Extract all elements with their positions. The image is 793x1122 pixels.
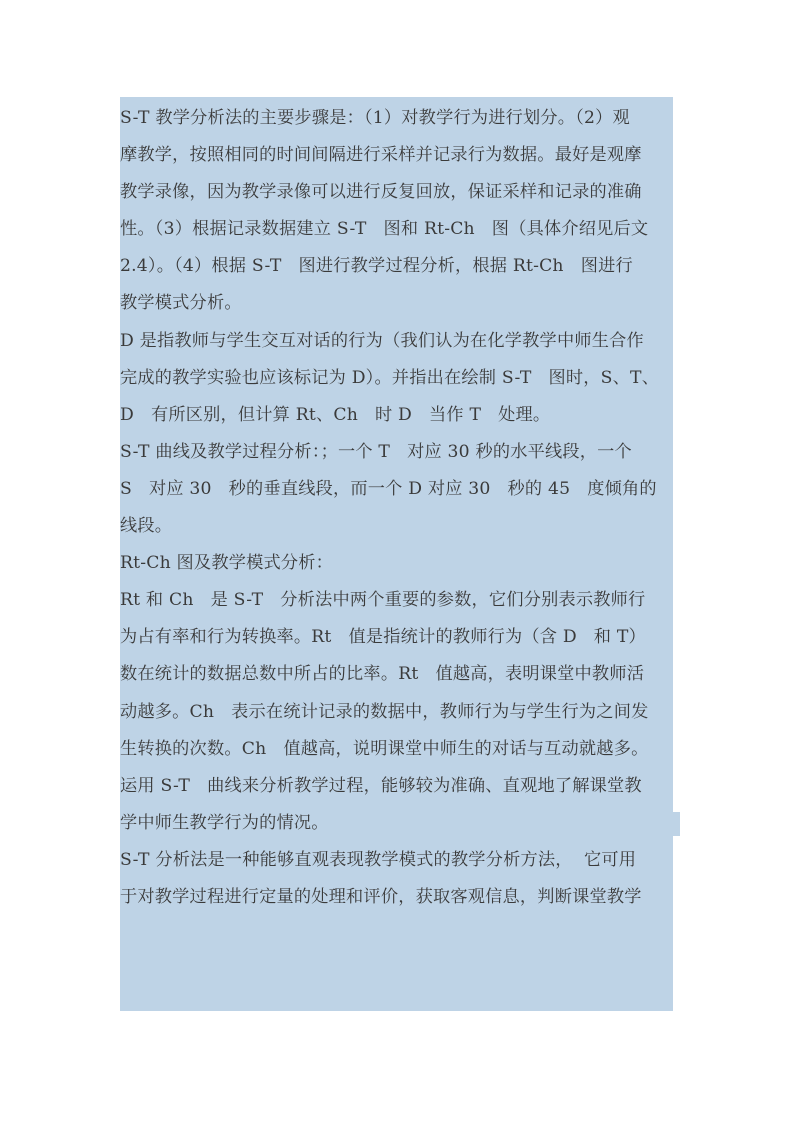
paragraph-d-definition-line-2: 完成的教学实验也应该标记为 D）。并指出在绘制 S-T 图时，S、T、 (120, 360, 680, 397)
paragraph-d-definition-line-3: D 有所区别，但计算 Rt、Ch 时 D 当作 T 处理。 (120, 397, 680, 434)
paragraph-method-line-1: S-T 分析法是一种能够直观表现教学模式的教学分析方法， 它可用 (120, 842, 680, 879)
paragraph-steps-line-5: 2.4）。（4）根据 S-T 图进行教学过程分析，根据 Rt-Ch 图进行 (120, 248, 680, 285)
paragraph-d-definition-line-1: D 是指教师与学生交互对话的行为（我们认为在化学教学中师生合作 (120, 323, 680, 360)
paragraph-st-curve-line-3: 线段。 (120, 508, 680, 545)
paragraph-steps-line-1: S-T 教学分析法的主要步骤是：（1）对教学行为进行划分。（2）观 (120, 100, 680, 137)
paragraph-rt-ch-line-3: 数在统计的数据总数中所占的比率。Rt 值越高，表明课堂中教师活 (120, 656, 680, 693)
paragraph-rt-ch-line-5: 生转换的次数。Ch 值越高，说明课堂中师生的对话与互动就越多。 (120, 731, 680, 768)
heading-rt-ch-analysis: Rt-Ch 图及教学模式分析： (120, 545, 680, 582)
paragraph-steps-line-4: 性。（3）根据记录数据建立 S-T 图和 Rt-Ch 图（具体介绍见后文 (120, 211, 680, 248)
paragraph-method-line-2: 于对教学过程进行定量的处理和评价，获取客观信息，判断课堂教学 (120, 879, 680, 916)
paragraph-steps-line-3: 教学录像，因为教学录像可以进行反复回放，保证采样和记录的准确 (120, 174, 680, 211)
paragraph-steps-line-2: 摩教学，按照相同的时间间隔进行采样并记录行为数据。最好是观摩 (120, 137, 680, 174)
paragraph-rt-ch-line-1: Rt 和 Ch 是 S-T 分析法中两个重要的参数，它们分别表示教师行 (120, 582, 680, 619)
paragraph-rt-ch-line-4: 动越多。Ch 表示在统计记录的数据中，教师行为与学生行为之间发 (120, 694, 680, 731)
paragraph-st-curve-line-2: S 对应 30 秒的垂直线段，而一个 D 对应 30 秒的 45 度倾角的 (120, 471, 680, 508)
paragraph-usage-line-2: 学中师生教学行为的情况。 (120, 805, 680, 842)
paragraph-steps-line-6: 教学模式分析。 (120, 285, 680, 322)
paragraph-usage-line-1: 运用 S-T 曲线来分析教学过程，能够较为准确、直观地了解课堂教 (120, 768, 680, 805)
selected-text-body[interactable]: S-T 教学分析法的主要步骤是：（1）对教学行为进行划分。（2）观 摩教学，按照… (120, 100, 680, 916)
paragraph-rt-ch-line-2: 为占有率和行为转换率。Rt 值是指统计的教师行为（含 D 和 T） (120, 619, 680, 656)
document-page: S-T 教学分析法的主要步骤是：（1）对教学行为进行划分。（2）观 摩教学，按照… (0, 0, 793, 1122)
paragraph-st-curve-line-1: S-T 曲线及教学过程分析：；一个 T 对应 30 秒的水平线段，一个 (120, 434, 680, 471)
